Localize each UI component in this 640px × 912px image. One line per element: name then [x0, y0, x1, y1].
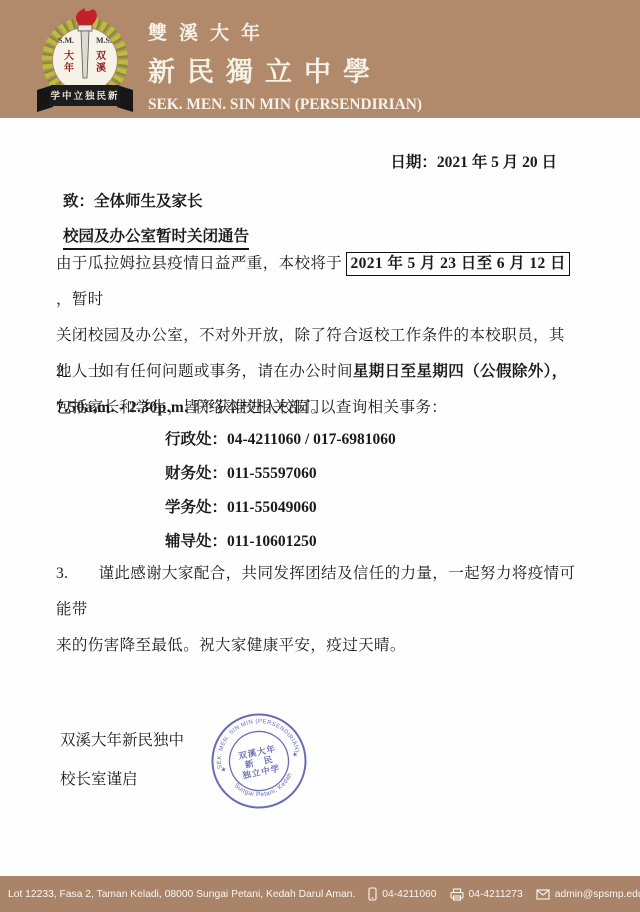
paragraph-2-line-1: 2.如有任何问题或事务，请在办公时间星期日至星期四（公假除外），: [56, 354, 576, 390]
contact-row-admin: 行政处：04-4211060 / 017-6981060: [165, 423, 396, 457]
school-name-zh-main: 新民獨立中學: [148, 50, 433, 89]
paragraph-1-line-1: 由于瓜拉姆拉县疫情日益严重，本校将于 2021 年 5 月 23 日至 6 月 …: [56, 246, 576, 318]
fax-printer-icon: [450, 888, 464, 901]
school-name-block: 雙溪大年 新民獨立中學 SEK. MEN. SIN MIN (PERSENDIR…: [148, 18, 433, 114]
contact-row-counseling: 辅导处：011-10601250: [165, 525, 396, 559]
torch-cup: [78, 25, 92, 31]
para1-text-post: ，暂时: [56, 291, 104, 308]
envelope-icon: [536, 889, 550, 900]
crest-char-left-bottom: 年: [64, 61, 74, 74]
dept-label: 行政处：: [165, 431, 227, 448]
footer-address: Lot 12233, Fasa 2, Taman Keladi, 08000 S…: [8, 889, 355, 900]
contact-row-finance: 财务处：011-55597060: [165, 457, 396, 491]
footer-fax-group: 04-4211273: [450, 888, 523, 901]
addressee-line: 致：全体师生及家长: [63, 189, 203, 211]
dept-phone: 04-4211060 / 017-6981060: [227, 431, 396, 448]
dept-phone: 011-10601250: [227, 533, 317, 550]
letterhead-band: S.M. M.S. 大 年 双 溪 学中立独民新 雙溪大年 新民獨立中學 SEK…: [0, 0, 640, 118]
para2-text-end: 联络本校相关部门以查询相关事务：: [188, 399, 447, 416]
crest-char-right-top: 双: [96, 50, 106, 62]
crest-initials-left: S.M.: [58, 36, 74, 45]
paragraph-3-line-2: 来的伤害降至最低。祝大家健康平安，疫过天晴。: [56, 628, 576, 664]
para2-text: 如有任何问题或事务，请在办公时间: [98, 363, 352, 380]
mobile-phone-icon: [368, 887, 377, 901]
office-hours-bold: 7.50a.m. - 2.30p.m.: [56, 399, 188, 416]
footer-phone: 04-4211060: [382, 889, 436, 900]
signature-line-2: 校长室谨启: [60, 767, 138, 789]
paragraph-2-number: 2.: [56, 354, 68, 390]
crest-initials-right: M.S.: [96, 36, 112, 45]
dept-label: 学务处：: [165, 499, 227, 516]
banner-text: 学中立独民新: [50, 90, 119, 102]
para3-text: 谨此感谢大家配合，共同发挥团结及信任的力量，一起努力将疫情可能带: [56, 565, 575, 618]
signature-line-1: 双溪大年新民独中: [60, 728, 184, 750]
crest-char-right-bottom: 溪: [96, 61, 106, 74]
crest-char-left-top: 大: [64, 49, 74, 62]
school-name-en: SEK. MEN. SIN MIN (PERSENDIRIAN): [148, 96, 422, 114]
stamp-star-left-icon: ★: [220, 765, 228, 774]
department-contact-list: 行政处：04-4211060 / 017-6981060 财务处：011-555…: [165, 423, 396, 559]
school-crest-logo: S.M. M.S. 大 年 双 溪 学中立独民新: [33, 6, 137, 116]
paragraph-3-line-1: 3.谨此感谢大家配合，共同发挥团结及信任的力量，一起努力将疫情可能带: [56, 556, 576, 628]
paragraph-2: 2.如有任何问题或事务，请在办公时间星期日至星期四（公假除外）， 7.50a.m…: [56, 354, 576, 426]
paragraph-3-number: 3.: [56, 556, 68, 592]
paragraph-3: 3.谨此感谢大家配合，共同发挥团结及信任的力量，一起努力将疫情可能带 来的伤害降…: [56, 556, 576, 664]
footer-email: admin@spsmp.edu.my: [555, 889, 640, 900]
para1-text-pre: 由于瓜拉姆拉县疫情日益严重，本校将于: [56, 255, 346, 272]
paragraph-2-line-2: 7.50a.m. - 2.30p.m. 联络本校相关部门以查询相关事务：: [56, 390, 576, 426]
dept-phone: 011-55049060: [227, 499, 317, 516]
dept-label: 财务处：: [165, 465, 227, 482]
footer-phone-group: 04-4211060: [368, 887, 436, 901]
contact-row-academic: 学务处：011-55049060: [165, 491, 396, 525]
footer-fax: 04-4211273: [469, 889, 523, 900]
dept-phone: 011-55597060: [227, 465, 317, 482]
office-days-bold: 星期日至星期四（公假除外），: [353, 363, 568, 380]
scanned-letter-page: S.M. M.S. 大 年 双 溪 学中立独民新 雙溪大年 新民獨立中學 SEK…: [0, 0, 640, 912]
closure-dates-box: 2021 年 5 月 23 日至 6 月 12 日: [346, 252, 569, 276]
footer-email-group: admin@spsmp.edu.my: [536, 889, 640, 900]
footer-band: Lot 12233, Fasa 2, Taman Keladi, 08000 S…: [0, 876, 640, 912]
school-name-zh-top: 雙溪大年: [148, 18, 433, 45]
dept-label: 辅导处：: [165, 533, 227, 550]
date-line: 日期：2021 年 5 月 20 日: [390, 150, 557, 172]
school-round-stamp: SEK. MEN. SIN MIN (PERSENDIRIAN) Sungai …: [200, 702, 319, 821]
